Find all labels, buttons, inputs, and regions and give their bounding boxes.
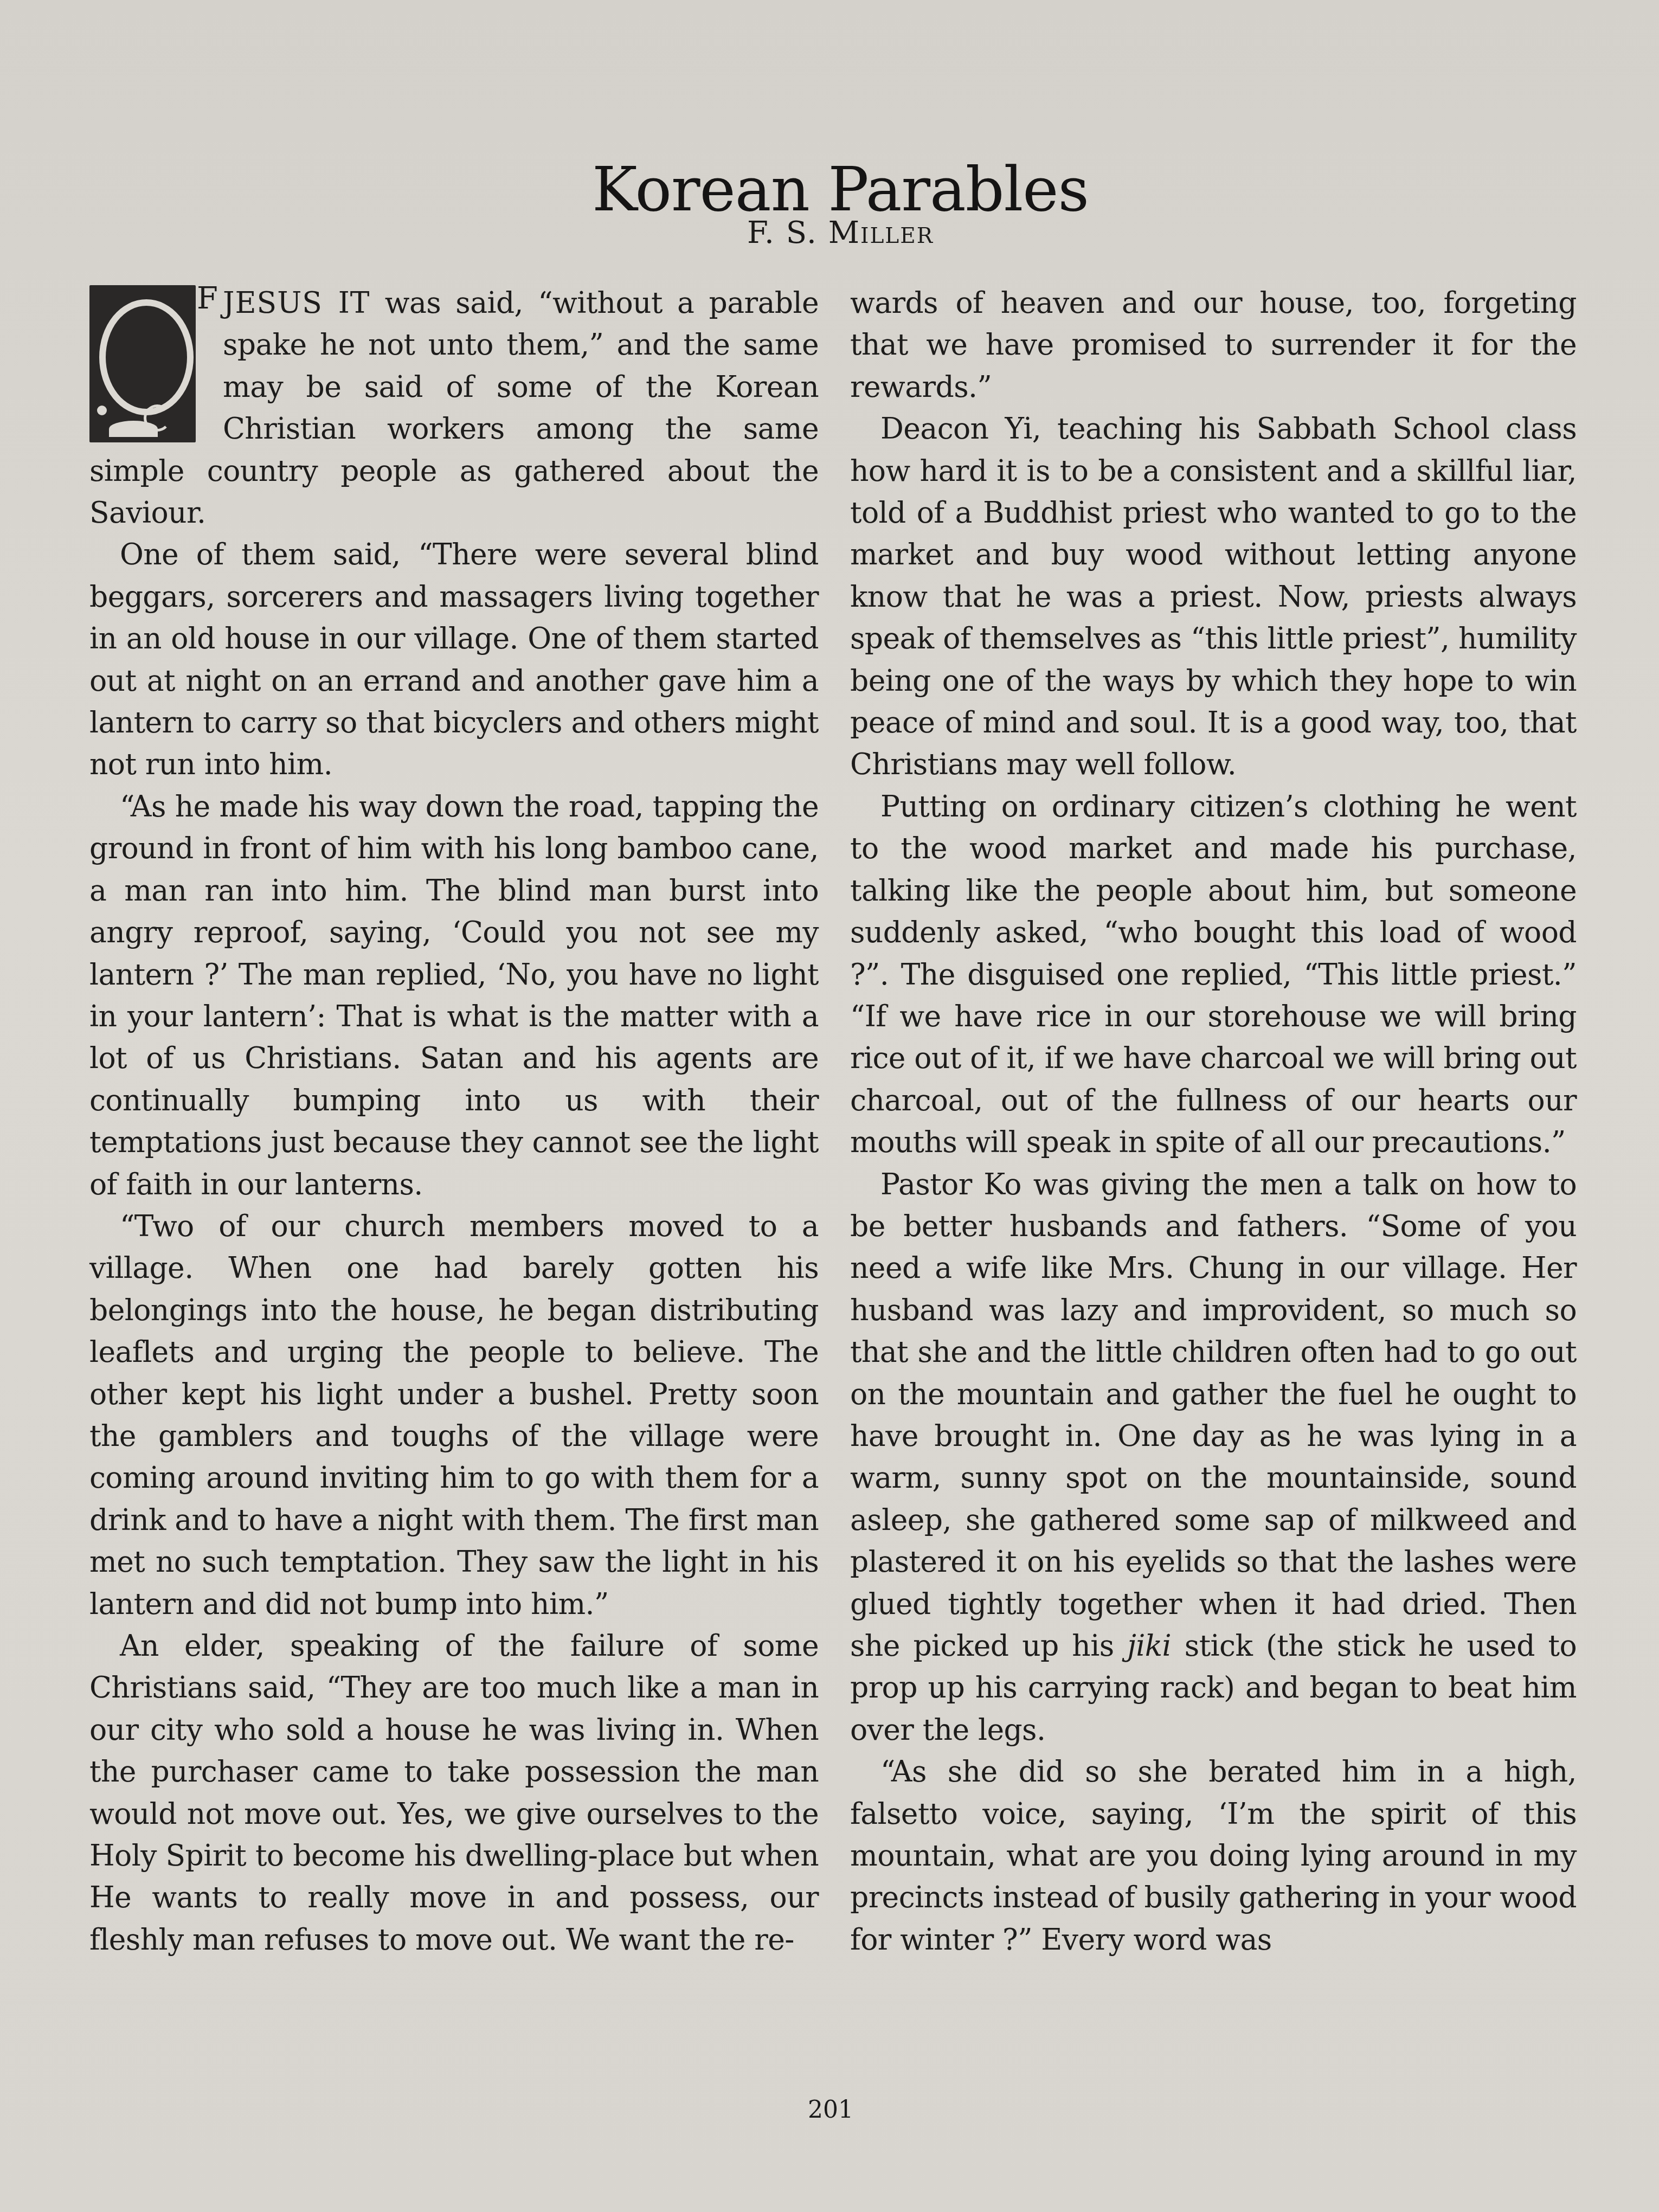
author-byline: F. S. Miller bbox=[0, 214, 1659, 252]
drop-cap-continuation: F bbox=[197, 280, 217, 318]
document-page: Korean Parables F. S. Miller F JESUS IT … bbox=[0, 0, 1659, 2212]
right-column: wards of heaven and our house, too, forg… bbox=[850, 282, 1577, 1960]
paragraph-disguised-priest: Putting on ordinary citizen’s clothing h… bbox=[850, 786, 1577, 1163]
page-number: 201 bbox=[808, 2094, 851, 2126]
paragraph-lantern: “As he made his way down the road, tappi… bbox=[89, 786, 819, 1205]
paragraph-elder-continued: wards of heaven and our house, too, forg… bbox=[850, 282, 1577, 408]
paragraph-church-members: “Two of our church members moved to a vi… bbox=[89, 1205, 819, 1625]
paragraph-blind-beggars: One of them said, “There were several bl… bbox=[89, 533, 819, 785]
paragraph-deacon-yi: Deacon Yi, teaching his Sabbath School c… bbox=[850, 408, 1577, 786]
paragraph-falsetto: “As she did so she berated him in a high… bbox=[850, 1751, 1577, 1960]
drop-cap: F bbox=[89, 285, 215, 448]
left-column: F JESUS IT was said, “without a parable … bbox=[89, 282, 819, 1960]
ornamental-initial-icon bbox=[89, 285, 196, 442]
paragraph-pastor-ko: Pastor Ko was giving the men a talk on h… bbox=[850, 1163, 1577, 1751]
intro-small-caps: JESUS IT bbox=[223, 286, 370, 320]
paragraph-intro: F JESUS IT was said, “without a parable … bbox=[89, 282, 819, 533]
italic-term-jiki: jiki bbox=[1127, 1629, 1171, 1663]
paragraph-elder: An elder, speaking of the failure of som… bbox=[89, 1625, 819, 1960]
